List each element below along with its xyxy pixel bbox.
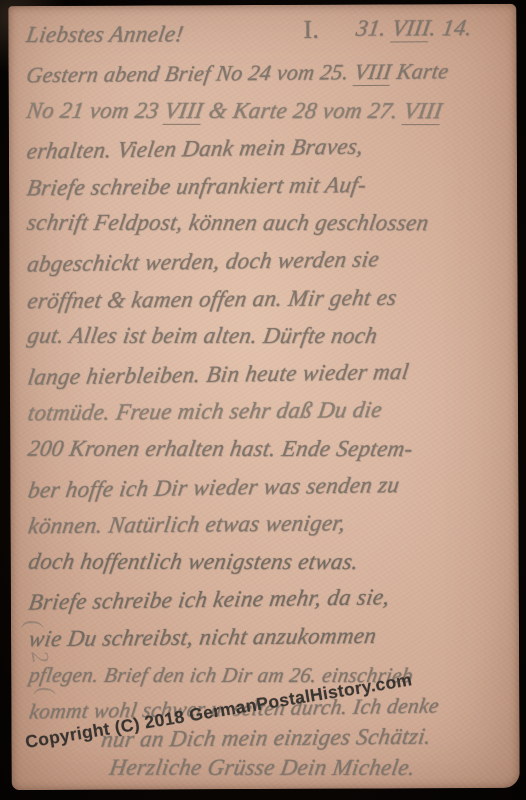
handwriting-line: No 21 vom 23 VIII & Karte 28 vom 27. VII… xyxy=(27,94,511,132)
handwriting-line: lange hierbleiben. Bin heute wieder mal xyxy=(28,354,513,399)
photo-background: Liebstes Annele! I. 31. VIII. 14. Gester… xyxy=(0,0,526,800)
date-text: 31. VIII. 14. xyxy=(355,16,474,40)
handwriting-line: Gestern abend Brief No 24 vom 25. VIII K… xyxy=(26,55,510,97)
handwriting-line: gut. Alles ist beim alten. Dürfte noch xyxy=(28,320,512,358)
page-numeral: I. xyxy=(303,17,319,43)
handwriting-line-header: Liebstes Annele! I. 31. VIII. 14. xyxy=(26,16,510,58)
handwriting-line-signature: Herzliche Grüsse Dein Michele. xyxy=(110,756,514,786)
handwriting-line: doch hoffentlich wenigstens etwas. xyxy=(29,545,513,583)
handwriting-line: erhalten. Vielen Dank mein Braves, xyxy=(27,129,512,174)
postcard: Liebstes Annele! I. 31. VIII. 14. Gester… xyxy=(8,4,519,790)
handwriting-line: pflegen. Brief den ich Dir am 26. einsch… xyxy=(29,658,513,696)
handwriting-line: ber hoffe ich Dir wieder was senden zu xyxy=(28,467,513,512)
handwriting-line: 200 Kronen erhalten hast. Ende Septem- xyxy=(28,433,512,471)
handwriting-line: wie Du schreibst, nicht anzukommen xyxy=(29,619,513,661)
handwriting-line: abgeschickt werden, doch werden sie xyxy=(27,241,512,286)
greeting-text: Liebstes Annele! xyxy=(25,22,186,46)
handwriting-line: totmüde. Freue mich sehr daß Du die xyxy=(28,393,512,435)
handwriting-line: Briefe schreibe unfrankiert mit Auf- xyxy=(27,167,511,209)
handwriting-line: können. Natürlich etwas weniger, xyxy=(28,506,512,548)
handwriting-line: Briefe schreibe ich keine mehr, da sie, xyxy=(29,580,514,625)
handwriting-line: eröffnet & kamen offen an. Mir geht es xyxy=(27,280,511,322)
handwriting-line: schrift Feldpost, können auch geschlosse… xyxy=(27,207,511,245)
